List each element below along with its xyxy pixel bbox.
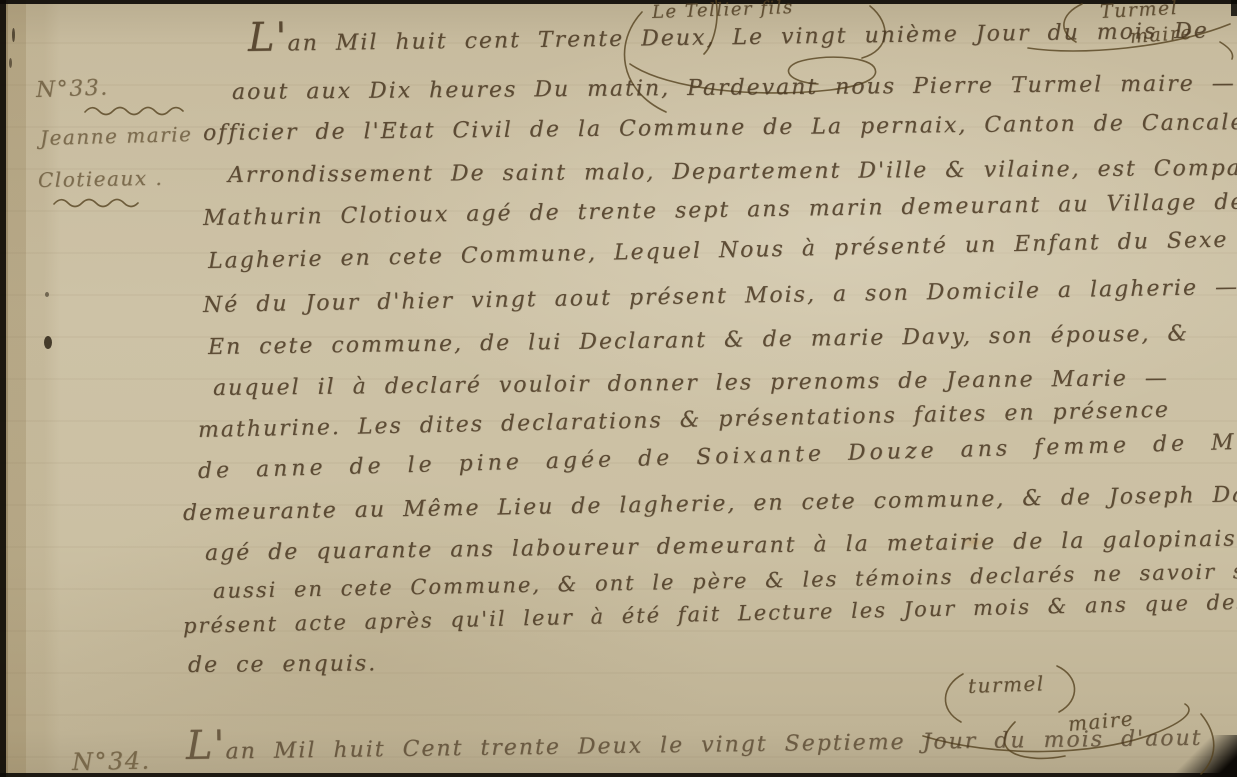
act-line-2: aout aux Dix heures Du matin, Pardevant … [232,71,1236,105]
scan-edge-right-top [1231,0,1237,16]
ink-speck [9,58,12,68]
next-act-line-1: L'an Mil huit Cent trente Deux le vingt … [186,726,1203,765]
act-line-9: auquel il à declaré vouloir donner les p… [213,366,1169,401]
act-line-13: agé de quarante ans laboureur demeurant … [205,527,1237,566]
scan-edge-bottom [0,773,1237,777]
act-line-5: Mathurin Clotioux agé de trente sept ans… [203,190,1237,231]
ink-speck [45,292,49,297]
act-line-8: En cete commune, de lui Declarant & de m… [208,321,1189,360]
squiggle-path [54,200,138,207]
signature-le-tellier: Le Tellier fils [652,0,794,23]
signature-turmel-bottom: turmel [968,671,1045,698]
paraph-stroke [945,674,963,722]
act-line-4: Arrondissement De saint malo, Departemen… [228,156,1237,188]
margin-child-name-line1: Jeanne marie [40,122,193,150]
act-line-7: Né du Jour d'hier vingt aout présent Moi… [203,275,1237,318]
act-line-12: demeurante au Même Lieu de lagherie, en … [183,482,1237,526]
scan-edge-top [0,0,1237,4]
margin-squiggle [83,104,198,118]
margin-act-number: N°33. [36,75,110,103]
paraph-stroke [1057,666,1075,712]
manuscript-scan: N°33. Jeanne marie Clotieaux . N°34. Le … [0,0,1237,777]
scan-edge-left [0,0,6,777]
act-line-1: L'an Mil huit cent Trente Deux, Le vingt… [248,19,1209,57]
ink-speck [12,28,15,42]
margin-next-act-number: N°34. [72,747,151,776]
paraph-stroke [1220,42,1233,59]
margin-squiggle [52,196,162,210]
act-line-16: de ce enquis. [188,651,377,678]
ink-speck [44,336,52,349]
act-line-3: officier de l'Etat Civil de la Commune d… [203,110,1237,146]
act-line-6: Lagherie en cete Commune, Lequel Nous à … [208,225,1237,274]
margin-child-name-line2: Clotieaux . [38,166,164,192]
squiggle-path [85,108,183,115]
